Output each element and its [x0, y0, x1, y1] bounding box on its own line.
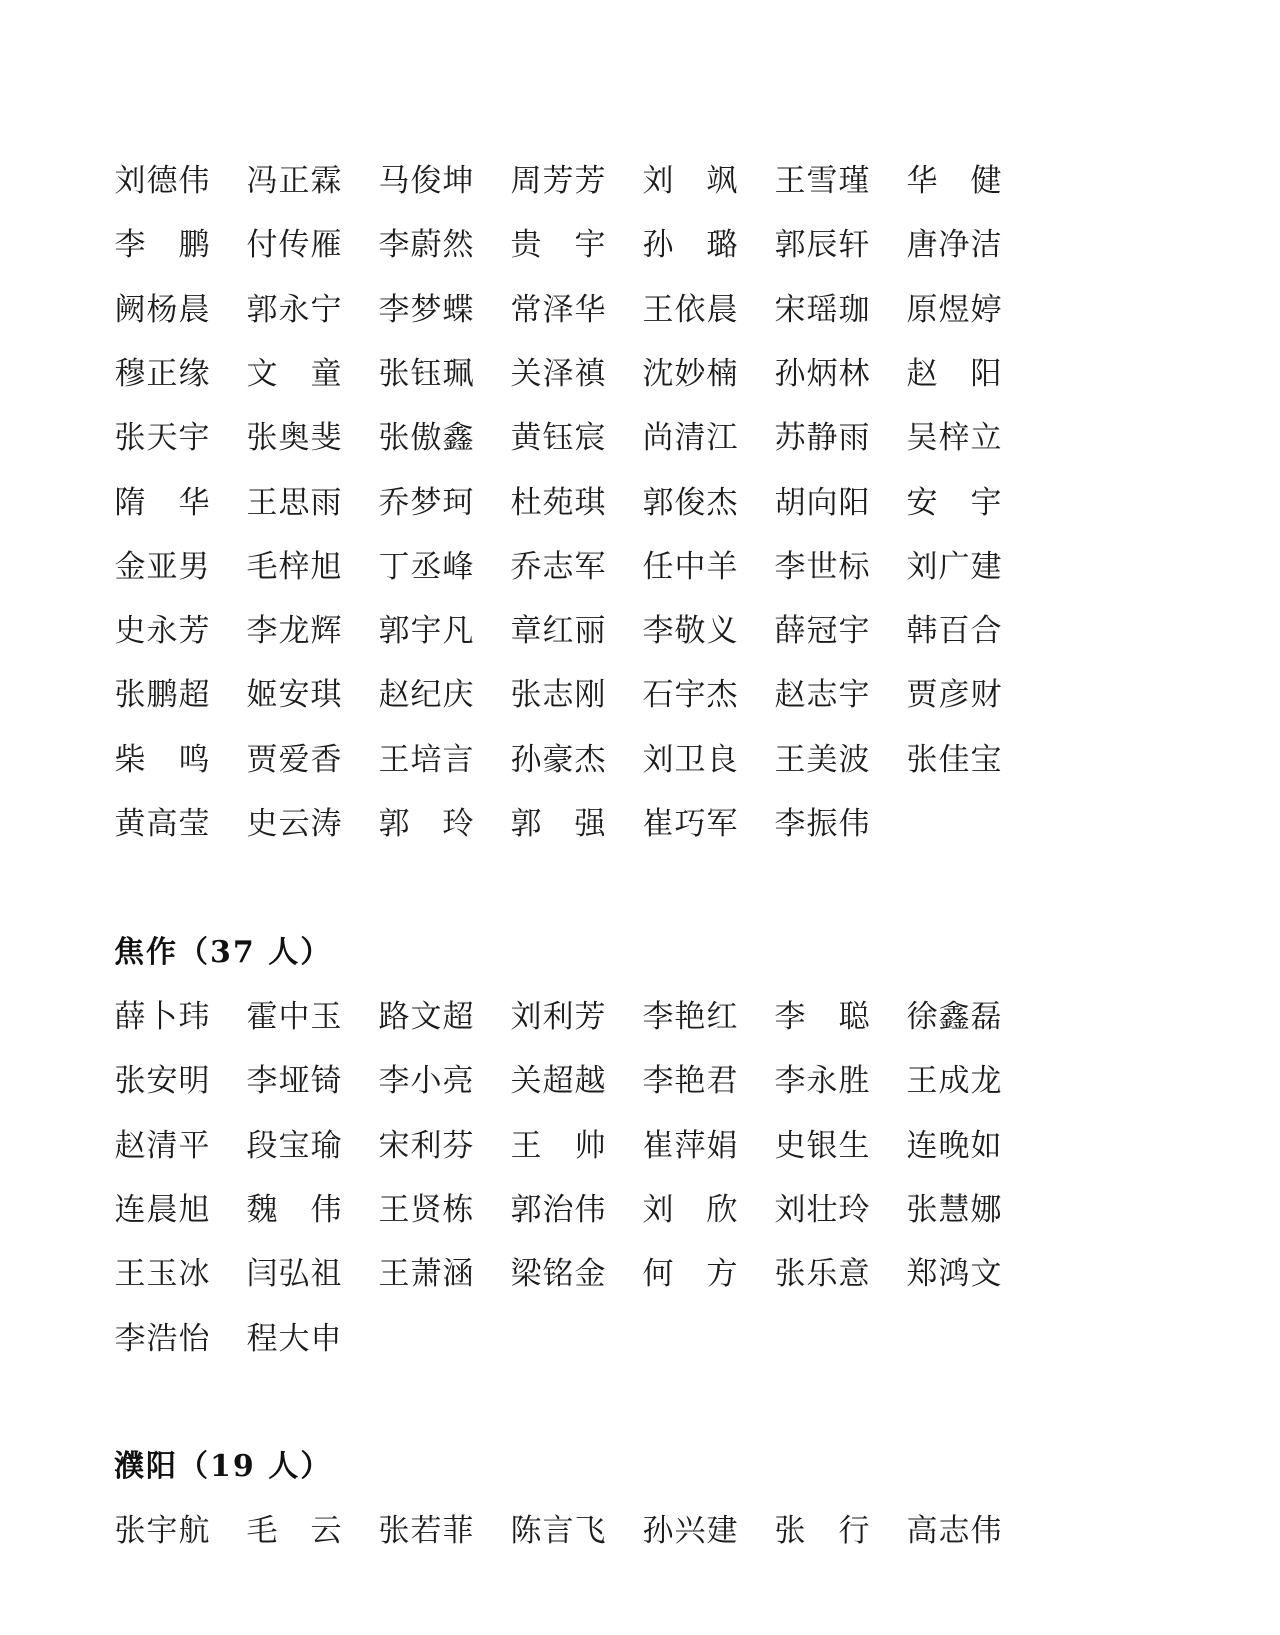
- name-character: 冯: [246, 161, 278, 201]
- name-character: 王: [906, 1061, 938, 1101]
- name-character: 刘: [906, 547, 938, 587]
- name-character: 珮: [442, 354, 474, 394]
- person-name: 张志刚: [510, 675, 606, 715]
- name-character: 张: [114, 1511, 146, 1551]
- person-name: 乔志军: [510, 547, 606, 587]
- person-name: 华健: [906, 161, 1002, 201]
- person-name: 王贤栋: [378, 1190, 474, 1230]
- name-character: 如: [970, 1126, 1002, 1166]
- person-name: 李小亮: [378, 1061, 474, 1101]
- name-character: 建: [970, 547, 1002, 587]
- name-character: 超: [178, 675, 210, 715]
- name-row: 史永芳李龙辉郭宇凡章红丽李敬义薛冠宇韩百合: [114, 611, 1034, 651]
- person-name: 路文超: [378, 997, 474, 1037]
- section-heading-puyang: 濮阳（19 人）: [114, 1447, 332, 1487]
- person-name: 唐净洁: [906, 225, 1002, 265]
- name-character: 孙: [642, 225, 674, 265]
- person-name: 李鹏: [114, 225, 210, 265]
- person-name: 高志伟: [906, 1511, 1002, 1551]
- name-character: 壮: [806, 1190, 838, 1230]
- name-character: 郭: [378, 611, 410, 651]
- name-character: 雨: [310, 483, 342, 523]
- name-character: 李: [642, 611, 674, 651]
- name-character: 蝶: [442, 290, 474, 330]
- name-character: 梓: [278, 547, 310, 587]
- name-row: 金亚男毛梓旭丁丞峰乔志军任中羊李世标刘广建: [114, 547, 1034, 587]
- person-name: 阙杨晨: [114, 290, 210, 330]
- name-character: 芳: [574, 161, 606, 201]
- name-character: 妙: [674, 354, 706, 394]
- person-name: 文童: [246, 354, 342, 394]
- name-character: 君: [706, 1061, 738, 1101]
- name-character: 胡: [774, 483, 806, 523]
- name-character: 纪: [410, 675, 442, 715]
- name-character: 瑜: [310, 1126, 342, 1166]
- name-character: 方: [706, 1254, 738, 1294]
- name-character: 鹏: [146, 675, 178, 715]
- name-character: 宇: [970, 483, 1002, 523]
- name-character: 孙: [510, 740, 542, 780]
- name-character: 德: [146, 161, 178, 201]
- name-character: 卫: [674, 740, 706, 780]
- name-character: 冰: [178, 1254, 210, 1294]
- name-character: 红: [706, 997, 738, 1037]
- person-name: 毛梓旭: [246, 547, 342, 587]
- name-character: 慧: [938, 1190, 970, 1230]
- name-character: 乔: [510, 547, 542, 587]
- name-character: 清: [146, 1126, 178, 1166]
- person-name: 霍中玉: [246, 997, 342, 1037]
- name-character: 瑶: [806, 290, 838, 330]
- name-character: 玉: [146, 1254, 178, 1294]
- person-name: 丁丞峰: [378, 547, 474, 587]
- name-character: 豪: [542, 740, 574, 780]
- name-character: 孙: [642, 1511, 674, 1551]
- name-character: 林: [838, 354, 870, 394]
- name-character: 刘: [642, 161, 674, 201]
- name-character: 郭: [378, 804, 410, 844]
- name-character: 程: [246, 1319, 278, 1359]
- name-character: 张: [114, 1061, 146, 1101]
- name-character: 宇: [410, 611, 442, 651]
- name-character: 王: [114, 1254, 146, 1294]
- person-name: 李梦蝶: [378, 290, 474, 330]
- person-name: 王玉冰: [114, 1254, 210, 1294]
- name-character: 贤: [410, 1190, 442, 1230]
- name-character: 宝: [970, 740, 1002, 780]
- name-character: 周: [510, 161, 542, 201]
- person-name: 刘欣: [642, 1190, 738, 1230]
- person-name: 张宇航: [114, 1511, 210, 1551]
- name-row: 张安明李垭锜李小亮关超越李艳君李永胜王成龙: [114, 1061, 1034, 1101]
- person-name: 冯正霖: [246, 161, 342, 201]
- person-name: 毛云: [246, 1511, 342, 1551]
- name-character: 李: [642, 997, 674, 1037]
- name-character: 旭: [310, 547, 342, 587]
- name-character: 刘: [642, 740, 674, 780]
- name-character: 振: [806, 804, 838, 844]
- name-character: 军: [574, 547, 606, 587]
- person-name: 刘飒: [642, 161, 738, 201]
- person-name: 史银生: [774, 1126, 870, 1166]
- name-character: 艳: [674, 997, 706, 1037]
- name-character: 原: [906, 290, 938, 330]
- name-character: 晨: [178, 290, 210, 330]
- name-character: 宋: [378, 1126, 410, 1166]
- name-character: 坤: [442, 161, 474, 201]
- name-character: 平: [178, 1126, 210, 1166]
- name-character: 亮: [442, 1061, 474, 1101]
- name-character: 珂: [442, 483, 474, 523]
- name-character: 静: [806, 418, 838, 458]
- person-name: 宋瑶珈: [774, 290, 870, 330]
- name-character: 涛: [310, 804, 342, 844]
- person-name: 张奥斐: [246, 418, 342, 458]
- name-character: 敬: [674, 611, 706, 651]
- name-character: 贵: [510, 225, 542, 265]
- name-character: 宸: [574, 418, 606, 458]
- name-character: 世: [806, 547, 838, 587]
- name-character: 莹: [178, 804, 210, 844]
- name-character: 丁: [378, 547, 410, 587]
- person-name: 王依晨: [642, 290, 738, 330]
- name-character: 华: [178, 483, 210, 523]
- name-character: 郑: [906, 1254, 938, 1294]
- name-character: 轩: [838, 225, 870, 265]
- name-character: 爱: [278, 740, 310, 780]
- name-character: 王: [378, 1254, 410, 1294]
- person-name: 闫弘祖: [246, 1254, 342, 1294]
- name-character: 刘: [510, 997, 542, 1037]
- name-character: 苑: [542, 483, 574, 523]
- person-name: 段宝瑜: [246, 1126, 342, 1166]
- person-name: 郭玲: [378, 804, 474, 844]
- person-name: 孙炳林: [774, 354, 870, 394]
- name-character: 陈: [510, 1511, 542, 1551]
- name-character: 阳: [970, 354, 1002, 394]
- name-character: 伟: [574, 1190, 606, 1230]
- person-name: 薛卜玮: [114, 997, 210, 1037]
- name-character: 俊: [410, 161, 442, 201]
- person-name: 王培言: [378, 740, 474, 780]
- name-character: 琪: [310, 675, 342, 715]
- name-character: 孙: [774, 354, 806, 394]
- person-name: 姬安琪: [246, 675, 342, 715]
- name-character: 兴: [674, 1511, 706, 1551]
- name-character: 章: [510, 611, 542, 651]
- name-character: 巧: [674, 804, 706, 844]
- name-character: 闫: [246, 1254, 278, 1294]
- name-character: 吴: [906, 418, 938, 458]
- person-name: 郭治伟: [510, 1190, 606, 1230]
- name-character: 成: [938, 1061, 970, 1101]
- name-row: 张天宇张奥斐张傲鑫黄钰宸尚清江苏静雨吴梓立: [114, 418, 1034, 458]
- name-character: 浩: [146, 1319, 178, 1359]
- name-character: 霖: [310, 161, 342, 201]
- name-character: 佳: [938, 740, 970, 780]
- name-character: 文: [410, 997, 442, 1037]
- name-character: 金: [574, 1254, 606, 1294]
- person-name: 张行: [774, 1511, 870, 1551]
- name-character: 天: [146, 418, 178, 458]
- name-character: 唐: [906, 225, 938, 265]
- name-character: 杰: [706, 483, 738, 523]
- name-character: 王: [774, 740, 806, 780]
- name-character: 龙: [278, 611, 310, 651]
- name-row: 隋华王思雨乔梦珂杜苑琪郭俊杰胡向阳安宇: [114, 483, 1034, 523]
- name-character: 丞: [410, 547, 442, 587]
- document-page: 刘德伟冯正霖马俊坤周芳芳刘飒王雪瑾华健李鹏付传雁李蔚然贵宇孙璐郭辰轩唐净洁阙杨晨…: [0, 0, 1280, 1635]
- name-character: 宇: [178, 418, 210, 458]
- person-name: 刘卫良: [642, 740, 738, 780]
- person-name: 黄钰宸: [510, 418, 606, 458]
- name-character: 芳: [542, 161, 574, 201]
- name-character: 思: [278, 483, 310, 523]
- name-character: 亚: [146, 547, 178, 587]
- name-character: 金: [114, 547, 146, 587]
- person-name: 郭宇凡: [378, 611, 474, 651]
- name-character: 王: [774, 161, 806, 201]
- person-name: 李振伟: [774, 804, 870, 844]
- person-name: 穆正缘: [114, 354, 210, 394]
- name-character: 龙: [970, 1061, 1002, 1101]
- name-character: 韩: [906, 611, 938, 651]
- name-character: 聪: [838, 997, 870, 1037]
- person-name: 徐鑫磊: [906, 997, 1002, 1037]
- person-name: 隋华: [114, 483, 210, 523]
- person-name: 苏静雨: [774, 418, 870, 458]
- name-character: 李: [774, 997, 806, 1037]
- name-character: 高: [146, 804, 178, 844]
- person-name: 李聪: [774, 997, 870, 1037]
- person-name: 常泽华: [510, 290, 606, 330]
- person-name: 马俊坤: [378, 161, 474, 201]
- person-name: 李浩怡: [114, 1319, 210, 1359]
- person-name: 张乐意: [774, 1254, 870, 1294]
- name-character: 雁: [310, 225, 342, 265]
- name-character: 宇: [838, 675, 870, 715]
- name-character: 洁: [970, 225, 1002, 265]
- name-row: 赵清平段宝瑜宋利芬王帅崔萍娟史银生连晚如: [114, 1126, 1034, 1166]
- person-name: 赵志宇: [774, 675, 870, 715]
- person-name: 孙璐: [642, 225, 738, 265]
- name-character: 缘: [178, 354, 210, 394]
- name-character: 赵: [378, 675, 410, 715]
- name-character: 薛: [114, 997, 146, 1037]
- name-character: 宇: [838, 611, 870, 651]
- name-character: 张: [774, 1254, 806, 1294]
- name-character: 黄: [114, 804, 146, 844]
- name-character: 安: [906, 483, 938, 523]
- name-character: 晚: [938, 1126, 970, 1166]
- name-character: 鸣: [178, 740, 210, 780]
- name-character: 安: [146, 1061, 178, 1101]
- name-character: 杨: [146, 290, 178, 330]
- name-character: 童: [310, 354, 342, 394]
- name-character: 卜: [146, 997, 178, 1037]
- person-name: 张天宇: [114, 418, 210, 458]
- person-name: 关超越: [510, 1061, 606, 1101]
- person-name: 李世标: [774, 547, 870, 587]
- name-character: 张: [906, 1190, 938, 1230]
- name-character: 李: [378, 290, 410, 330]
- name-character: 鸿: [938, 1254, 970, 1294]
- name-character: 志: [806, 675, 838, 715]
- name-character: 张: [114, 418, 146, 458]
- person-name: 郭俊杰: [642, 483, 738, 523]
- name-character: 利: [410, 1126, 442, 1166]
- name-character: 越: [574, 1061, 606, 1101]
- person-name: 王萧涵: [378, 1254, 474, 1294]
- name-character: 石: [642, 675, 674, 715]
- name-character: 超: [542, 1061, 574, 1101]
- name-character: 苏: [774, 418, 806, 458]
- name-character: 银: [806, 1126, 838, 1166]
- person-name: 吴梓立: [906, 418, 1002, 458]
- person-name: 刘广建: [906, 547, 1002, 587]
- name-character: 芳: [178, 611, 210, 651]
- name-character: 史: [774, 1126, 806, 1166]
- name-character: 红: [542, 611, 574, 651]
- name-character: 财: [970, 675, 1002, 715]
- person-name: 孙豪杰: [510, 740, 606, 780]
- name-character: 刚: [574, 675, 606, 715]
- name-character: 俊: [674, 483, 706, 523]
- person-name: 郑鸿文: [906, 1254, 1002, 1294]
- name-character: 正: [278, 161, 310, 201]
- person-name: 陈言飞: [510, 1511, 606, 1551]
- name-character: 李: [114, 225, 146, 265]
- name-character: 常: [510, 290, 542, 330]
- name-character: 宇: [574, 225, 606, 265]
- name-character: 依: [674, 290, 706, 330]
- name-character: 玉: [310, 997, 342, 1037]
- name-character: 乐: [806, 1254, 838, 1294]
- name-character: 美: [806, 740, 838, 780]
- person-name: 郭辰轩: [774, 225, 870, 265]
- person-name: 贾爱香: [246, 740, 342, 780]
- name-character: 飒: [706, 161, 738, 201]
- name-character: 磊: [970, 997, 1002, 1037]
- name-character: 梦: [410, 483, 442, 523]
- name-character: 黄: [510, 418, 542, 458]
- name-character: 宇: [146, 1511, 178, 1551]
- name-character: 梦: [410, 290, 442, 330]
- name-character: 玲: [838, 1190, 870, 1230]
- name-character: 关: [510, 354, 542, 394]
- person-name: 赵纪庆: [378, 675, 474, 715]
- person-name: 任中羊: [642, 547, 738, 587]
- name-character: 香: [310, 740, 342, 780]
- name-character: 标: [838, 547, 870, 587]
- person-name: 史永芳: [114, 611, 210, 651]
- name-character: 姬: [246, 675, 278, 715]
- name-character: 广: [938, 547, 970, 587]
- name-character: 立: [970, 418, 1002, 458]
- name-character: 任: [642, 547, 674, 587]
- name-character: 王: [378, 1190, 410, 1230]
- person-name: 孙兴建: [642, 1511, 738, 1551]
- name-row: 薛卜玮霍中玉路文超刘利芳李艳红李聪徐鑫磊: [114, 997, 1034, 1037]
- name-character: 刘: [642, 1190, 674, 1230]
- name-character: 瑾: [838, 161, 870, 201]
- name-character: 伟: [178, 161, 210, 201]
- name-character: 中: [674, 547, 706, 587]
- name-character: 张: [906, 740, 938, 780]
- name-character: 楠: [706, 354, 738, 394]
- name-character: 云: [278, 804, 310, 844]
- name-character: 梁: [510, 1254, 542, 1294]
- name-character: 马: [378, 161, 410, 201]
- name-character: 杰: [706, 675, 738, 715]
- name-character: 付: [246, 225, 278, 265]
- name-character: 奥: [278, 418, 310, 458]
- person-name: 崔巧军: [642, 804, 738, 844]
- name-character: 郭: [642, 483, 674, 523]
- name-character: 鹏: [178, 225, 210, 265]
- name-character: 梓: [938, 418, 970, 458]
- name-character: 生: [838, 1126, 870, 1166]
- name-character: 柴: [114, 740, 146, 780]
- name-character: 净: [938, 225, 970, 265]
- name-character: 文: [246, 354, 278, 394]
- name-character: 阳: [838, 483, 870, 523]
- name-character: 斐: [310, 418, 342, 458]
- person-name: 王雪瑾: [774, 161, 870, 201]
- person-name: 金亚男: [114, 547, 210, 587]
- name-character: 毛: [246, 547, 278, 587]
- person-name: 贾彦财: [906, 675, 1002, 715]
- name-character: 芳: [574, 997, 606, 1037]
- person-name: 何方: [642, 1254, 738, 1294]
- person-name: 郭强: [510, 804, 606, 844]
- name-character: 铭: [542, 1254, 574, 1294]
- person-name: 李永胜: [774, 1061, 870, 1101]
- name-character: 李: [246, 1061, 278, 1101]
- person-name: 刘壮玲: [774, 1190, 870, 1230]
- name-character: 杜: [510, 483, 542, 523]
- name-character: 泽: [542, 290, 574, 330]
- name-character: 郭: [510, 1190, 542, 1230]
- name-character: 菲: [442, 1511, 474, 1551]
- person-name: 周芳芳: [510, 161, 606, 201]
- name-character: 行: [838, 1511, 870, 1551]
- name-character: 萧: [410, 1254, 442, 1294]
- name-character: 霍: [246, 997, 278, 1037]
- name-character: 百: [938, 611, 970, 651]
- name-character: 超: [442, 997, 474, 1037]
- name-character: 文: [970, 1254, 1002, 1294]
- name-character: 玲: [442, 804, 474, 844]
- name-character: 利: [542, 997, 574, 1037]
- name-character: 崔: [642, 1126, 674, 1166]
- name-character: 大: [278, 1319, 310, 1359]
- name-character: 李: [246, 611, 278, 651]
- name-character: 庆: [442, 675, 474, 715]
- name-character: 丽: [574, 611, 606, 651]
- name-row: 李鹏付传雁李蔚然贵宇孙璐郭辰轩唐净洁: [114, 225, 1034, 265]
- name-character: 鑫: [938, 997, 970, 1037]
- person-name: 张安明: [114, 1061, 210, 1101]
- name-character: 王: [378, 740, 410, 780]
- person-name: 刘德伟: [114, 161, 210, 201]
- name-character: 永: [806, 1061, 838, 1101]
- name-character: 飞: [574, 1511, 606, 1551]
- name-character: 申: [310, 1319, 342, 1359]
- name-character: 赵: [774, 675, 806, 715]
- person-name: 李蔚然: [378, 225, 474, 265]
- name-character: 史: [114, 611, 146, 651]
